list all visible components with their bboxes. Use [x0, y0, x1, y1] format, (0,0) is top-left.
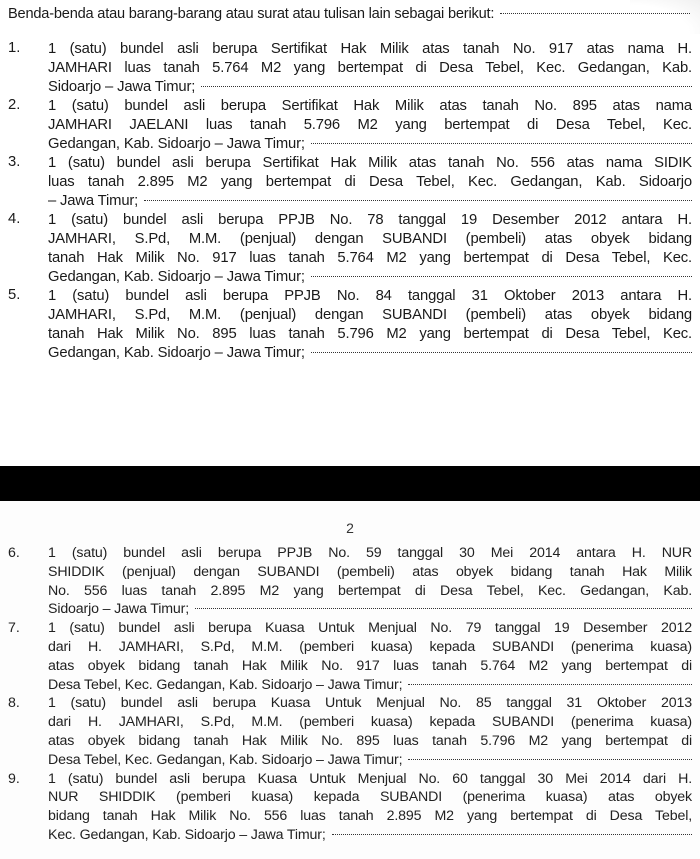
item-text-line: Gedangan, Kab. Sidoarjo – Jawa Timur; — [48, 268, 692, 287]
item-text-line: JAMHARI luas tanah 5.764 M2 yang bertemp… — [48, 59, 692, 78]
dotted-leader — [332, 834, 692, 835]
evidence-list-page-1: 1.1 (satu) bundel asli berupa Sertifikat… — [8, 40, 692, 363]
item-text-line: tanah Hak Milik No. 895 luas tanah 5.796… — [48, 325, 692, 344]
line-text: atas obyek bidang tanah Hak Milik No. 91… — [48, 658, 692, 674]
line-text: tanah Hak Milik No. 917 luas tanah 5.764… — [48, 250, 692, 266]
item-number: 7. — [8, 619, 20, 638]
line-text: JAMHARI, S.Pd, M.M. (penjual) dengan SUB… — [48, 307, 692, 323]
line-text: Gedangan, Kab. Sidoarjo – Jawa Timur; — [48, 344, 305, 363]
line-text: 1 (satu) bundel asli berupa Sertifikat H… — [48, 41, 692, 57]
item-number: 5. — [8, 287, 20, 303]
line-text: SHIDDIK (penjual) dengan SUBANDI (pembel… — [48, 564, 692, 580]
item-text-line: dari H. JAMHARI, S.Pd, M.M. (pemberi kua… — [48, 713, 692, 732]
dotted-leader — [408, 759, 692, 760]
item-text-line: 1 (satu) bundel asli berupa Kuasa Untuk … — [48, 619, 692, 638]
item-text-line: Desa Tebel, Kec. Gedangan, Kab. Sidoarjo… — [48, 751, 692, 770]
list-item: 3.1 (satu) bundel asli berupa Sertifikat… — [8, 154, 692, 211]
line-text: Desa Tebel, Kec. Gedangan, Kab. Sidoarjo… — [48, 676, 402, 695]
item-text-line: No. 556 luas tanah 2.895 M2 yang bertemp… — [48, 582, 692, 601]
item-number: 4. — [8, 211, 20, 227]
line-text: luas tanah 2.895 M2 yang bertempat di De… — [48, 174, 692, 190]
item-text-line: Gedangan, Kab. Sidoarjo – Jawa Timur; — [48, 344, 692, 363]
line-text: bidang tanah Hak Milik No. 556 luas tana… — [48, 808, 692, 824]
line-text: 1 (satu) bundel asli berupa PPJB No. 59 … — [48, 545, 692, 561]
document-page-1: Benda-benda atau barang-barang atau sura… — [0, 0, 700, 466]
line-text: Gedangan, Kab. Sidoarjo – Jawa Timur; — [48, 135, 305, 154]
dotted-leader — [311, 276, 692, 277]
item-text-line: 1 (satu) bundel asli berupa PPJB No. 78 … — [48, 211, 692, 230]
line-text: 1 (satu) bundel asli berupa PPJB No. 78 … — [48, 212, 692, 228]
dotted-leader — [195, 608, 692, 609]
item-text-line: Sidoarjo – Jawa Timur; — [48, 600, 692, 619]
item-text-line: atas obyek bidang tanah Hak Milik No. 91… — [48, 657, 692, 676]
line-text: dari H. JAMHARI, S.Pd, M.M. (pemberi kua… — [48, 639, 692, 655]
item-text-line: JAMHARI, S.Pd, M.M. (penjual) dengan SUB… — [48, 306, 692, 325]
list-item: 7.1 (satu) bundel asli berupa Kuasa Untu… — [8, 619, 692, 694]
line-text: NUR SHIDDIK (pemberi kuasa) kepada SUBAN… — [48, 789, 692, 805]
item-text-line: Gedangan, Kab. Sidoarjo – Jawa Timur; — [48, 135, 692, 154]
item-number: 3. — [8, 154, 20, 170]
item-number: 9. — [8, 770, 20, 789]
list-item: 1.1 (satu) bundel asli berupa Sertifikat… — [8, 40, 692, 97]
line-text: 1 (satu) bundel asli berupa Kuasa Untuk … — [48, 695, 692, 711]
item-text-line: Kec. Gedangan, Kab. Sidoarjo – Jawa Timu… — [48, 826, 692, 845]
item-text-line: 1 (satu) bundel asli berupa PPJB No. 84 … — [48, 287, 692, 306]
line-text: 1 (satu) bundel asli berupa Kuasa Untuk … — [48, 620, 692, 636]
item-text-line: 1 (satu) bundel asli berupa Kuasa Untuk … — [48, 770, 692, 789]
dotted-leader — [201, 86, 692, 87]
line-text: 1 (satu) bundel asli berupa Sertifikat H… — [48, 98, 692, 114]
list-item: 9.1 (satu) bundel asli berupa Kuasa Untu… — [8, 770, 692, 845]
item-text-line: – Jawa Timur; — [48, 192, 692, 211]
item-text-line: NUR SHIDDIK (pemberi kuasa) kepada SUBAN… — [48, 788, 692, 807]
line-text: No. 556 luas tanah 2.895 M2 yang bertemp… — [48, 583, 692, 599]
item-text-line: 1 (satu) bundel asli berupa Sertifikat H… — [48, 40, 692, 59]
item-text-line: dari H. JAMHARI, S.Pd, M.M. (pemberi kua… — [48, 638, 692, 657]
evidence-list-page-2: 6.1 (satu) bundel asli berupa PPJB No. 5… — [8, 544, 692, 845]
list-item: 6.1 (satu) bundel asli berupa PPJB No. 5… — [8, 544, 692, 619]
intro-text: Benda-benda atau barang-barang atau sura… — [8, 6, 494, 22]
page-separator-band — [0, 466, 700, 501]
page-number: 2 — [0, 520, 700, 536]
item-text-line: JAMHARI JAELANI luas tanah 5.796 M2 yang… — [48, 116, 692, 135]
item-text-line: SHIDDIK (penjual) dengan SUBANDI (pembel… — [48, 563, 692, 582]
dotted-leader — [408, 684, 692, 685]
line-text: dari H. JAMHARI, S.Pd, M.M. (pemberi kua… — [48, 714, 692, 730]
line-text: atas obyek bidang tanah Hak Milik No. 89… — [48, 733, 692, 749]
line-text: 1 (satu) bundel asli berupa Sertifikat H… — [48, 155, 692, 171]
line-text: Kec. Gedangan, Kab. Sidoarjo – Jawa Timu… — [48, 826, 326, 845]
item-text-line: 1 (satu) bundel asli berupa PPJB No. 59 … — [48, 544, 692, 563]
item-text-line: 1 (satu) bundel asli berupa Kuasa Untuk … — [48, 694, 692, 713]
line-text: JAMHARI JAELANI luas tanah 5.796 M2 yang… — [48, 117, 692, 133]
line-text: – Jawa Timur; — [48, 192, 138, 211]
line-text: JAMHARI, S.Pd, M.M. (penjual) dengan SUB… — [48, 231, 692, 247]
item-number: 6. — [8, 544, 20, 563]
item-text-line: Desa Tebel, Kec. Gedangan, Kab. Sidoarjo… — [48, 676, 692, 695]
line-text: 1 (satu) bundel asli berupa Kuasa Untuk … — [48, 771, 692, 787]
document-page-2: 2 6.1 (satu) bundel asli berupa PPJB No.… — [0, 501, 700, 859]
list-item: 5.1 (satu) bundel asli berupa PPJB No. 8… — [8, 287, 692, 363]
line-text: Gedangan, Kab. Sidoarjo – Jawa Timur; — [48, 268, 305, 287]
item-number: 1. — [8, 40, 20, 56]
item-text-line: bidang tanah Hak Milik No. 556 luas tana… — [48, 807, 692, 826]
dotted-leader — [144, 200, 692, 201]
line-text: Sidoarjo – Jawa Timur; — [48, 78, 195, 97]
line-text: 1 (satu) bundel asli berupa PPJB No. 84 … — [48, 288, 692, 304]
line-text: tanah Hak Milik No. 895 luas tanah 5.796… — [48, 326, 692, 342]
item-text-line: JAMHARI, S.Pd, M.M. (penjual) dengan SUB… — [48, 230, 692, 249]
list-item: 4.1 (satu) bundel asli berupa PPJB No. 7… — [8, 211, 692, 287]
line-text: JAMHARI luas tanah 5.764 M2 yang bertemp… — [48, 60, 692, 76]
line-text: Desa Tebel, Kec. Gedangan, Kab. Sidoarjo… — [48, 751, 402, 770]
item-number: 8. — [8, 694, 20, 713]
list-item: 8.1 (satu) bundel asli berupa Kuasa Untu… — [8, 694, 692, 769]
item-text-line: 1 (satu) bundel asli berupa Sertifikat H… — [48, 154, 692, 173]
item-text-line: Sidoarjo – Jawa Timur; — [48, 78, 692, 97]
list-item: 2.1 (satu) bundel asli berupa Sertifikat… — [8, 97, 692, 154]
item-number: 2. — [8, 97, 20, 113]
dotted-leader — [311, 143, 692, 144]
item-text-line: luas tanah 2.895 M2 yang bertempat di De… — [48, 173, 692, 192]
dotted-leader — [311, 352, 692, 353]
dotted-leader — [500, 13, 690, 14]
intro-paragraph: Benda-benda atau barang-barang atau sura… — [8, 6, 690, 22]
item-text-line: atas obyek bidang tanah Hak Milik No. 89… — [48, 732, 692, 751]
item-text-line: 1 (satu) bundel asli berupa Sertifikat H… — [48, 97, 692, 116]
line-text: Sidoarjo – Jawa Timur; — [48, 600, 189, 619]
item-text-line: tanah Hak Milik No. 917 luas tanah 5.764… — [48, 249, 692, 268]
